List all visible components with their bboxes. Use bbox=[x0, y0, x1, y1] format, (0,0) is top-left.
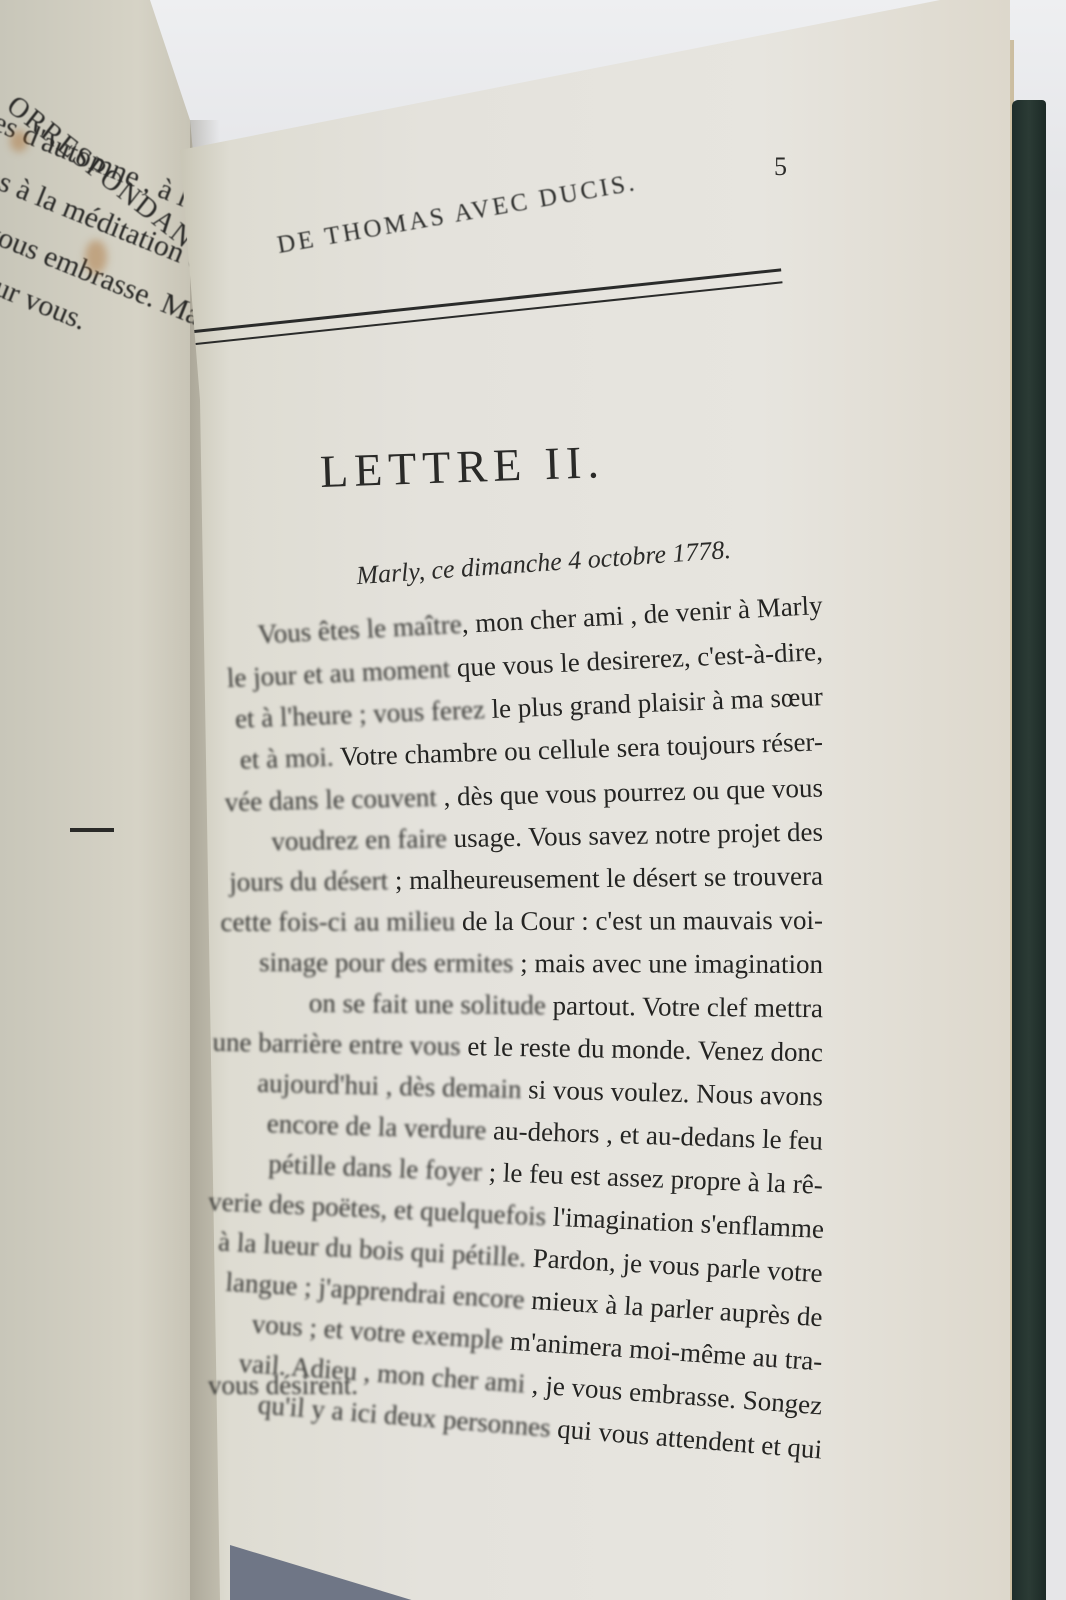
dash-mark bbox=[70, 828, 114, 832]
green-cloth-cover bbox=[1012, 100, 1046, 1600]
line-blurred-part: vée dans le couvent bbox=[224, 782, 437, 817]
line-blurred-part: vous désirent. bbox=[208, 1370, 358, 1400]
letter-title: LETTRE II. bbox=[319, 435, 605, 498]
line-blurred-part: on se fait une solitude bbox=[309, 988, 546, 1020]
foxing-stain bbox=[10, 130, 28, 152]
line-blurred-part: aujourd'hui , dès demain bbox=[257, 1068, 522, 1104]
line-blurred-part: jours du désert bbox=[229, 865, 388, 897]
line-blurred-part: une barrière entre vous bbox=[212, 1027, 461, 1061]
line-text: si vous voulez. Nous avons bbox=[521, 1074, 823, 1111]
line-text: ; malheureusement le désert se trouvera bbox=[388, 861, 823, 896]
line-text: usage. Vous savez notre projet des bbox=[447, 817, 824, 854]
line-text: partout. Votre clef mettra bbox=[546, 990, 823, 1023]
line-blurred-part: encore de la verdure bbox=[266, 1108, 486, 1145]
body-line: jours du désert ; malheureusement le dés… bbox=[208, 861, 823, 898]
line-blurred-part: et à moi. bbox=[239, 742, 334, 775]
line-text: et le reste du monde. Venez donc bbox=[460, 1031, 823, 1067]
body-line: sinage pour des ermites ; mais avec une … bbox=[208, 947, 823, 980]
body-line-last: vous désirent. bbox=[208, 1370, 358, 1401]
line-blurred-part: cette fois-ci au milieu bbox=[220, 906, 455, 937]
line-blurred-part: sinage pour des ermites bbox=[259, 947, 513, 978]
page-number: 5 bbox=[774, 152, 787, 182]
foxing-stain bbox=[85, 240, 107, 274]
line-blurred-part: voudrez en faire bbox=[271, 823, 447, 856]
line-text: de la Cour : c'est un mauvais voi- bbox=[455, 905, 823, 936]
line-text: ; mais avec une imagination bbox=[513, 948, 823, 979]
body-line: cette fois-ci au milieu de la Cour : c'e… bbox=[208, 905, 823, 938]
body-line: on se fait une solitude partout. Votre c… bbox=[208, 987, 823, 1024]
